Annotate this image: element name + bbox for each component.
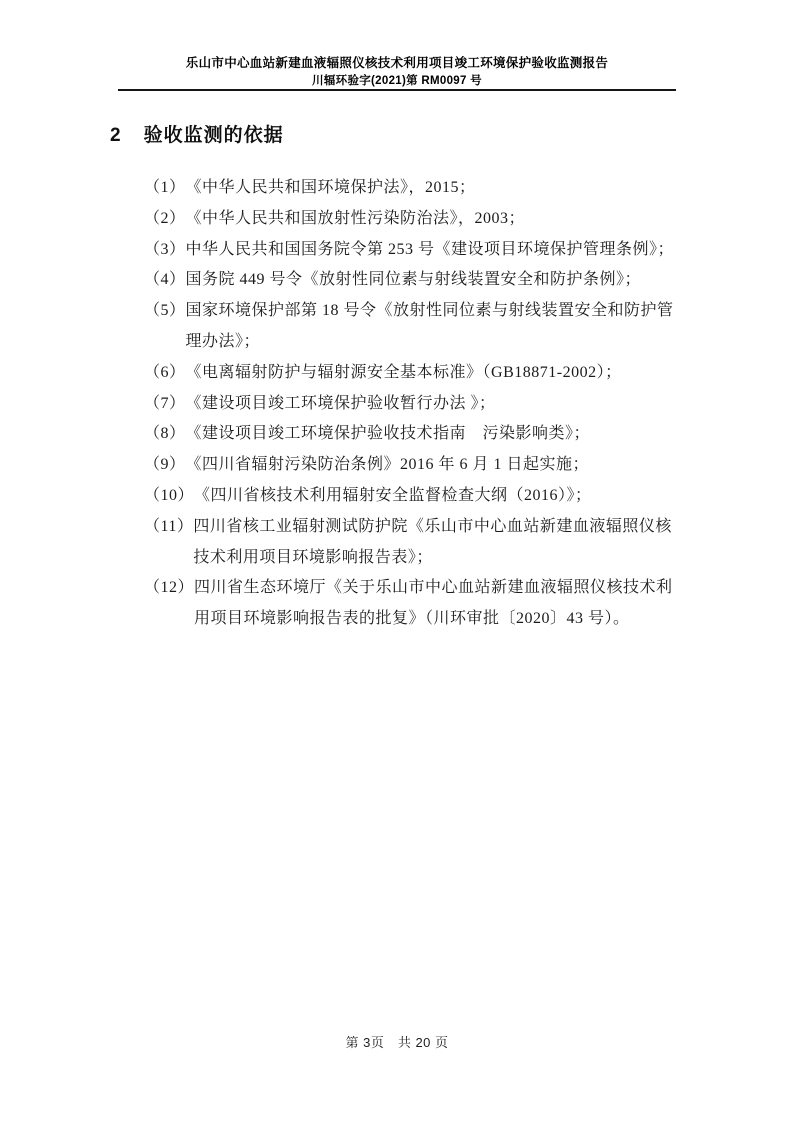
section-title: 验收监测的依据 — [144, 120, 284, 147]
header-report-title: 乐山市中心血站新建血液辐照仪核技术利用项目竣工环境保护验收监测报告 — [0, 55, 794, 72]
reference-text: 《四川省核技术利用辐射安全监督检查大纲（2016）》； — [194, 481, 689, 512]
reference-item: （4）国务院 449 号令《放射性同位素与射线装置安全和防护条例》； — [144, 265, 689, 296]
reference-text: 《电离辐射防护与辐射源安全基本标准》（GB18871-2002）； — [186, 358, 689, 389]
reference-text-line: 《建设项目竣工环境保护验收技术指南 污染影响类》； — [186, 419, 689, 450]
header-divider — [118, 89, 676, 91]
reference-text-line: 中华人民共和国国务院令第 253 号《建设项目环境保护管理条例》； — [186, 235, 689, 266]
page-header: 乐山市中心血站新建血液辐照仪核技术利用项目竣工环境保护验收监测报告 川辐环验字(… — [0, 55, 794, 89]
reference-text-line: 《建设项目竣工环境保护验收暂行办法 》； — [186, 389, 689, 420]
reference-item: （12）四川省生态环境厅《关于乐山市中心血站新建血液辐照仪核技术利用项目环境影响… — [144, 573, 689, 635]
reference-number: （4） — [144, 265, 186, 296]
reference-item: （6）《电离辐射防护与辐射源安全基本标准》（GB18871-2002）； — [144, 358, 689, 389]
reference-text-line: 理办法》； — [186, 327, 689, 358]
reference-number: （11） — [144, 512, 193, 543]
reference-list: （1）《中华人民共和国环境保护法》，2015；（2）《中华人民共和国放射性污染防… — [144, 173, 689, 635]
reference-text: 四川省生态环境厅《关于乐山市中心血站新建血液辐照仪核技术利用项目环境影响报告表的… — [194, 573, 689, 635]
reference-text-line: 四川省生态环境厅《关于乐山市中心血站新建血液辐照仪核技术利 — [194, 573, 689, 604]
reference-text: 《四川省辐射污染防治条例》2016 年 6 月 1 日起实施； — [186, 450, 689, 481]
reference-number: （7） — [144, 389, 186, 420]
reference-text: 国务院 449 号令《放射性同位素与射线装置安全和防护条例》； — [186, 265, 689, 296]
reference-number: （2） — [144, 204, 186, 235]
reference-item: （5）国家环境保护部第 18 号令《放射性同位素与射线装置安全和防护管理办法》； — [144, 296, 689, 358]
reference-number: （6） — [144, 358, 186, 389]
section-number: 2 — [110, 125, 122, 147]
reference-number: （1） — [144, 173, 186, 204]
reference-text-line: 用项目环境影响报告表的批复》（川环审批〔2020〕43 号）。 — [194, 604, 689, 635]
reference-number: （5） — [144, 296, 186, 327]
reference-text-line: 《四川省辐射污染防治条例》2016 年 6 月 1 日起实施； — [186, 450, 689, 481]
reference-number: （12） — [144, 573, 194, 604]
reference-text-line: 国务院 449 号令《放射性同位素与射线装置安全和防护条例》； — [186, 265, 689, 296]
reference-text-line: 四川省核工业辐射测试防护院《乐山市中心血站新建血液辐照仪核 — [193, 512, 689, 543]
reference-number: （8） — [144, 419, 186, 450]
reference-text-line: 《四川省核技术利用辐射安全监督检查大纲（2016）》； — [194, 481, 689, 512]
reference-number: （3） — [144, 235, 186, 266]
reference-text: 《中华人民共和国环境保护法》，2015； — [186, 173, 689, 204]
reference-text: 《建设项目竣工环境保护验收技术指南 污染影响类》； — [186, 419, 689, 450]
reference-item: （9）《四川省辐射污染防治条例》2016 年 6 月 1 日起实施； — [144, 450, 689, 481]
reference-text: 《建设项目竣工环境保护验收暂行办法 》； — [186, 389, 689, 420]
document-page: 乐山市中心血站新建血液辐照仪核技术利用项目竣工环境保护验收监测报告 川辐环验字(… — [0, 0, 794, 1123]
reference-text-line: 国家环境保护部第 18 号令《放射性同位素与射线装置安全和防护管 — [186, 296, 689, 327]
header-document-number: 川辐环验字(2021)第 RM0097 号 — [0, 73, 794, 89]
section-heading: 2 验收监测的依据 — [110, 120, 284, 147]
reference-item: （2）《中华人民共和国放射性污染防治法》，2003； — [144, 204, 689, 235]
reference-text: 四川省核工业辐射测试防护院《乐山市中心血站新建血液辐照仪核技术利用项目环境影响报… — [193, 512, 689, 574]
reference-number: （9） — [144, 450, 186, 481]
reference-item: （1）《中华人民共和国环境保护法》，2015； — [144, 173, 689, 204]
page-footer: 第 3页 共 20 页 — [0, 1032, 794, 1051]
reference-text: 《中华人民共和国放射性污染防治法》，2003； — [186, 204, 689, 235]
reference-item: （7）《建设项目竣工环境保护验收暂行办法 》； — [144, 389, 689, 420]
reference-number: （10） — [144, 481, 194, 512]
reference-text-line: 《中华人民共和国环境保护法》，2015； — [186, 173, 689, 204]
reference-item: （3）中华人民共和国国务院令第 253 号《建设项目环境保护管理条例》； — [144, 235, 689, 266]
reference-text-line: 《电离辐射防护与辐射源安全基本标准》（GB18871-2002）； — [186, 358, 689, 389]
reference-text: 中华人民共和国国务院令第 253 号《建设项目环境保护管理条例》； — [186, 235, 689, 266]
reference-text-line: 技术利用项目环境影响报告表》； — [193, 543, 689, 574]
reference-item: （10）《四川省核技术利用辐射安全监督检查大纲（2016）》； — [144, 481, 689, 512]
reference-item: （11）四川省核工业辐射测试防护院《乐山市中心血站新建血液辐照仪核技术利用项目环… — [144, 512, 689, 574]
reference-item: （8）《建设项目竣工环境保护验收技术指南 污染影响类》； — [144, 419, 689, 450]
reference-text: 国家环境保护部第 18 号令《放射性同位素与射线装置安全和防护管理办法》； — [186, 296, 689, 358]
reference-text-line: 《中华人民共和国放射性污染防治法》，2003； — [186, 204, 689, 235]
